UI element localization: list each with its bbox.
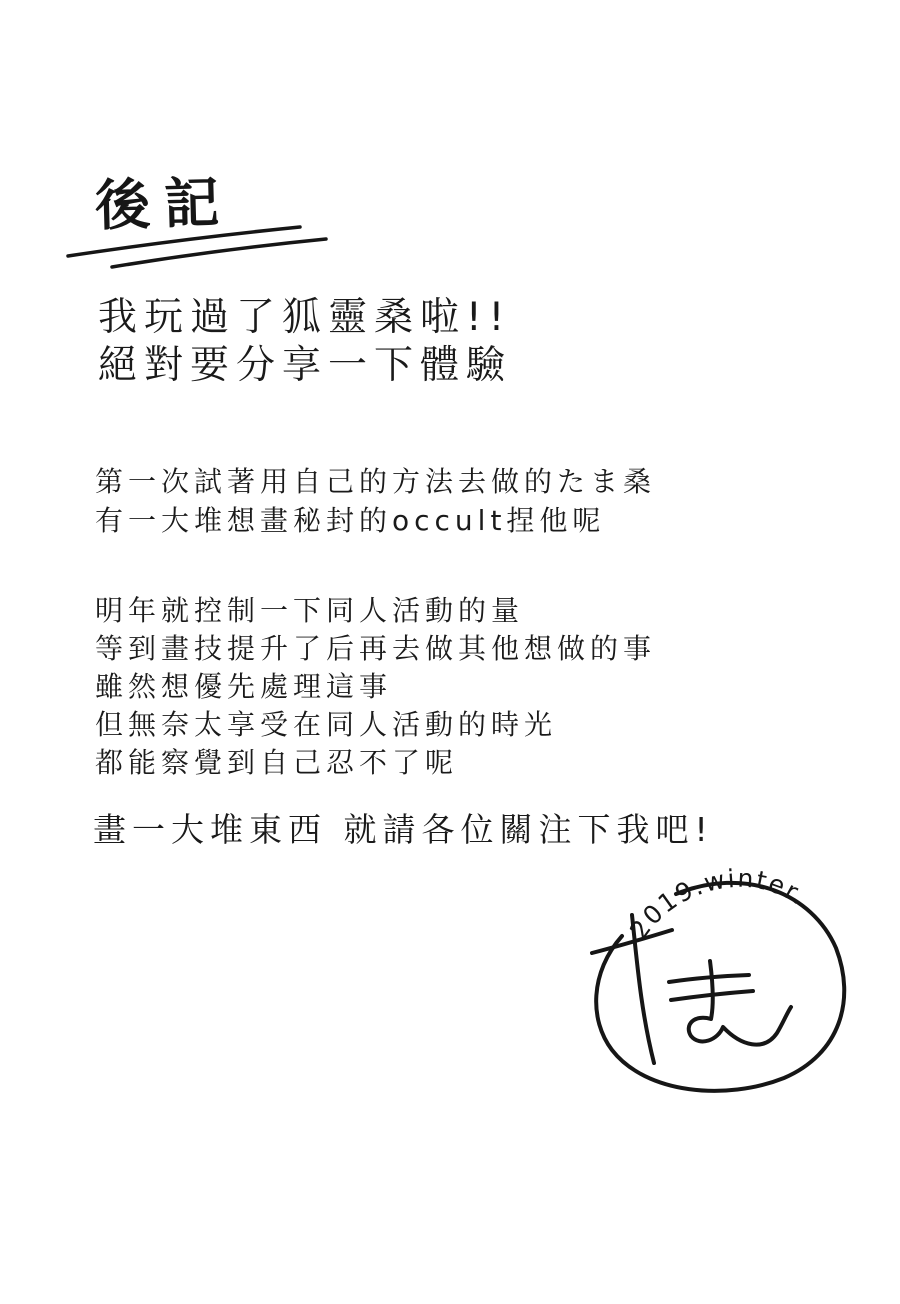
paragraph-plans: 明年就控制一下同人活動的量 等到畫技提升了后再去做其他想做的事 雖然想優先處理這… <box>95 592 656 782</box>
paragraph-first-try: 第一次試著用自己的方法去做的たま桑 有一大堆想畫秘封的occult捏他呢 <box>95 462 656 540</box>
text-line: 明年就控制一下同人活動的量 <box>95 592 656 630</box>
text-line: 但無奈太享受在同人活動的時光 <box>95 706 656 744</box>
text-line: 絕對要分享一下體驗 <box>98 342 512 390</box>
title-underline <box>55 218 345 288</box>
text-line: 等到畫技提升了后再去做其他想做的事 <box>95 630 656 668</box>
text-line: 我玩過了狐靈桑啦!! <box>98 294 512 342</box>
text-line: 都能察覺到自己忍不了呢 <box>95 744 656 782</box>
underline-stroke-2 <box>112 239 326 267</box>
text-line: 第一次試著用自己的方法去做的たま桑 <box>95 462 656 501</box>
artist-signature: 2019.winter. <box>555 845 895 1115</box>
underline-stroke-1 <box>68 227 300 256</box>
text-line: 有一大堆想畫秘封的occult捏他呢 <box>95 501 656 540</box>
text-line: 雖然想優先處理這事 <box>95 668 656 706</box>
signature-date-text: 2019.winter. <box>624 864 813 945</box>
afterword-page: 後記 我玩過了狐靈桑啦!! 絕對要分享一下體驗 第一次試著用自己的方法去做的たま… <box>0 0 900 1304</box>
signature-ma-horizontal-stroke-1 <box>669 975 749 982</box>
paragraph-intro: 我玩過了狐靈桑啦!! 絕對要分享一下體驗 <box>98 294 512 390</box>
